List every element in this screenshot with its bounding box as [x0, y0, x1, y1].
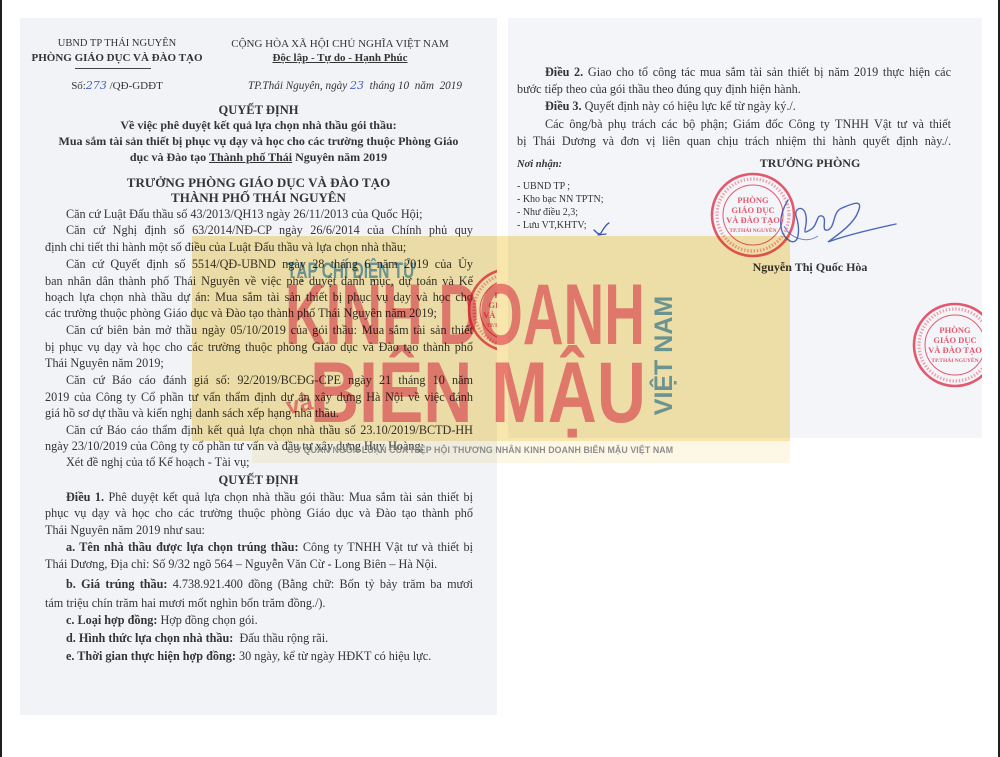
basis-line: Căn cứ Báo cáo thẩm định kết quả lựa chọ… — [66, 422, 473, 438]
item-text: Hợp đồng chọn gói. — [160, 613, 257, 627]
item-d: d. Hình thức lựa chọn nhà thầu: Đấu thầu… — [66, 630, 473, 646]
item-a-line: Thái Dương, Địa chỉ: Số 9/32 ngõ 564 – N… — [45, 556, 473, 572]
seal-text: TP.THÁI NGUYÊN — [486, 321, 497, 329]
article-1-line: Điều 1. Phê duyệt kết quả lựa chọn nhà t… — [66, 489, 473, 505]
basis-line: bị phục vụ dạy và học cho các trường thu… — [45, 339, 473, 355]
article-label: Điều 2. — [545, 65, 583, 79]
subject-line: Về việc phê duyệt kết quả lựa chọn nhà t… — [20, 117, 497, 133]
recipient-item: - UBND TP ; — [517, 180, 570, 193]
issuing-authority: TRƯỞNG PHÒNG GIÁO DỤC VÀ ĐÀO TẠO — [20, 175, 497, 191]
item-b: b. Giá trúng thầu: 4.738.921.400 đồng (B… — [66, 576, 473, 592]
basis-line: Căn cứ Luật Đấu thầu số 43/2013/QH13 ngà… — [66, 206, 473, 222]
basis-line: giá hồ sơ dự thầu và kiến nghị danh sách… — [45, 405, 473, 421]
recipients-label: Nơi nhận: — [517, 158, 562, 171]
document-number: Số:273 /QĐ-GDĐT — [20, 79, 214, 93]
basis-line: định chi tiết thi hành một số điều của L… — [45, 239, 473, 255]
item-c: c. Loại hợp đồng: Hợp đồng chọn gói. — [66, 612, 473, 628]
basis-line: các trường thuộc phòng Giáo dục và Đào t… — [45, 305, 473, 321]
subject-line: Mua sắm tài sản thiết bị phục vụ dạy và … — [20, 133, 497, 149]
article-1-line: phục vụ dạy và học cho các trường thuộc … — [45, 505, 473, 521]
item-label: d. Hình thức lựa chọn nhà thầu: — [66, 631, 233, 645]
item-label: e. Thời gian thực hiện hợp đồng: — [66, 649, 236, 663]
org-name: PHÒNG GIÁO DỤC VÀ ĐÀO TẠO — [20, 51, 214, 65]
org-parent: UBND TP THÁI NGUYÊN — [20, 37, 214, 51]
recipient-item: - Như điều 2,3; — [517, 206, 578, 219]
signature — [770, 186, 900, 261]
org-name-rule — [75, 68, 151, 69]
item-label: c. Loại hợp đồng: — [66, 613, 157, 627]
country-name: CỘNG HÒA XÃ HỘI CHỦ NGHĨA VIỆT NAM — [220, 37, 460, 51]
item-label: b. Giá trúng thầu: — [66, 577, 167, 591]
date-suffix: tháng 10 năm 2019 — [364, 80, 462, 92]
basis-line: ban nhân dân thành phố Thái Nguyên về vi… — [45, 273, 473, 289]
decision-page-1: UBND TP THÁI NGUYÊN PHÒNG GIÁO DỤC VÀ ĐÀ… — [20, 18, 497, 715]
article-text: Phê duyệt kết quả lựa chọn nhà thầu gói … — [109, 490, 473, 504]
seal-text: GIÁO DỤC — [488, 300, 497, 310]
execution-line: bị Thái Dương và đơn vị liên quan chịu t… — [517, 133, 951, 149]
seal-text: VÀ ĐÀO TẠO — [928, 345, 982, 355]
item-a: a. Tên nhà thầu được lựa chọn trúng thầu… — [66, 539, 473, 555]
basis-line: Xét đề nghị của tổ Kế hoạch - Tài vụ; — [66, 454, 473, 470]
place-and-date: TP.Thái Nguyên, ngày 23 tháng 10 năm 201… — [248, 79, 483, 93]
seal-text: PHÒNG — [494, 290, 497, 300]
basis-line: Căn cứ biên bản mở thầu ngày 05/10/2019 … — [66, 322, 473, 338]
decision-title: QUYẾT ĐỊNH — [20, 102, 497, 118]
handwritten-number: 273 — [86, 79, 107, 92]
basis-line: Căn cứ Quyết định số 5514/QĐ-UBND ngày 2… — [66, 256, 473, 272]
article-label: Điều 1. — [66, 490, 104, 504]
subject-underlined-text: Thành phố Thái — [209, 150, 292, 164]
basis-line: hoạch lựa chọn nhà thầu dự án: Mua sắm t… — [45, 289, 473, 305]
seal-text: GIÁO DỤC — [731, 205, 774, 215]
seal-text: PHÒNG — [939, 325, 971, 335]
number-suffix: /QĐ-GDĐT — [107, 80, 163, 92]
item-text: 4.738.921.400 đồng (Bằng chữ: Bốn tỷ bảy… — [173, 577, 473, 591]
article-1-line: Thái Nguyên năm 2019 như sau: — [45, 522, 473, 538]
subject-text: dục và Đào tạo — [130, 150, 209, 164]
subject-text: Nguyên năm 2019 — [292, 150, 387, 164]
item-label: a. Tên nhà thầu được lựa chọn trúng thầu… — [66, 540, 299, 554]
article-text: Quyết định này có hiệu lực kể từ ngày ký… — [585, 99, 796, 113]
item-text: Đấu thầu rộng rãi. — [239, 631, 328, 645]
execution-line: Các ông/bà phụ trách các bộ phận; Giám đ… — [545, 116, 951, 132]
basis-line: 2019 của Công ty Cổ phần tư vấn thẩm địn… — [45, 389, 473, 405]
issuing-authority: THÀNH PHỐ THÁI NGUYÊN — [20, 190, 497, 206]
seal-text: GIÁO DỤC — [933, 335, 976, 345]
article-2-line: bước tiếp theo của gói thầu theo đúng qu… — [517, 81, 951, 97]
number-prefix: Số: — [71, 80, 86, 92]
initial-mark-icon — [592, 221, 612, 237]
item-b-line: tám triệu chín trăm hai mươi mốt nghìn b… — [45, 595, 473, 611]
article-3-line: Điều 3. Quyết định này có hiệu lực kể từ… — [545, 98, 951, 114]
date-prefix: TP.Thái Nguyên, ngày — [248, 80, 350, 92]
decision-heading: QUYẾT ĐỊNH — [20, 472, 497, 488]
article-text: Giao cho tổ công tác mua sắm tài sản thi… — [588, 65, 951, 79]
basis-line: Căn cứ Báo cáo đánh giá số: 92/2019/BCĐG… — [66, 372, 473, 388]
overlap-seal: PHÒNG GIÁO DỤC VÀ ĐÀO TẠO TP.THÁI NGUYÊN — [466, 266, 497, 354]
item-e: e. Thời gian thực hiện hợp đồng: 30 ngày… — [66, 648, 473, 664]
basis-line: Thái Nguyên năm 2019; — [45, 355, 473, 371]
handwritten-day: 23 — [350, 79, 364, 92]
signer-name: Nguyễn Thị Quốc Hòa — [710, 259, 910, 275]
basis-line: Căn cứ Nghị định số 63/2014/NĐ-CP ngày 2… — [66, 222, 473, 238]
overlap-seal: PHÒNG GIÁO DỤC VÀ ĐÀO TẠO TP.THÁI NGUYÊN — [911, 301, 982, 389]
item-text: Công ty TNHH Vật tư và thiết bị — [303, 540, 473, 554]
signer-title: TRƯỞNG PHÒNG — [710, 155, 910, 171]
seal-text: TP.THÁI NGUYÊN — [931, 356, 978, 364]
recipient-item: - Lưu VT,KHTV; — [517, 219, 587, 232]
recipient-item: - Kho bạc NN TPTN; — [517, 193, 603, 206]
article-2-line: Điều 2. Giao cho tổ công tác mua sắm tài… — [545, 64, 951, 80]
article-label: Điều 3. — [545, 99, 582, 113]
seal-text: PHÒNG — [737, 195, 769, 205]
seal-text: VÀ ĐÀO TẠO — [483, 310, 497, 320]
national-motto: Độc lập - Tự do - Hạnh Phúc — [220, 51, 460, 65]
basis-line: ngày 23/10/2019 của Công ty cổ phần tư v… — [45, 438, 473, 454]
decision-page-2: Điều 2. Giao cho tổ công tác mua sắm tài… — [508, 18, 982, 438]
subject-line: dục và Đào tạo Thành phố Thái Nguyên năm… — [20, 149, 497, 165]
item-text: 30 ngày, kể từ ngày HĐKT có hiệu lực. — [239, 649, 431, 663]
